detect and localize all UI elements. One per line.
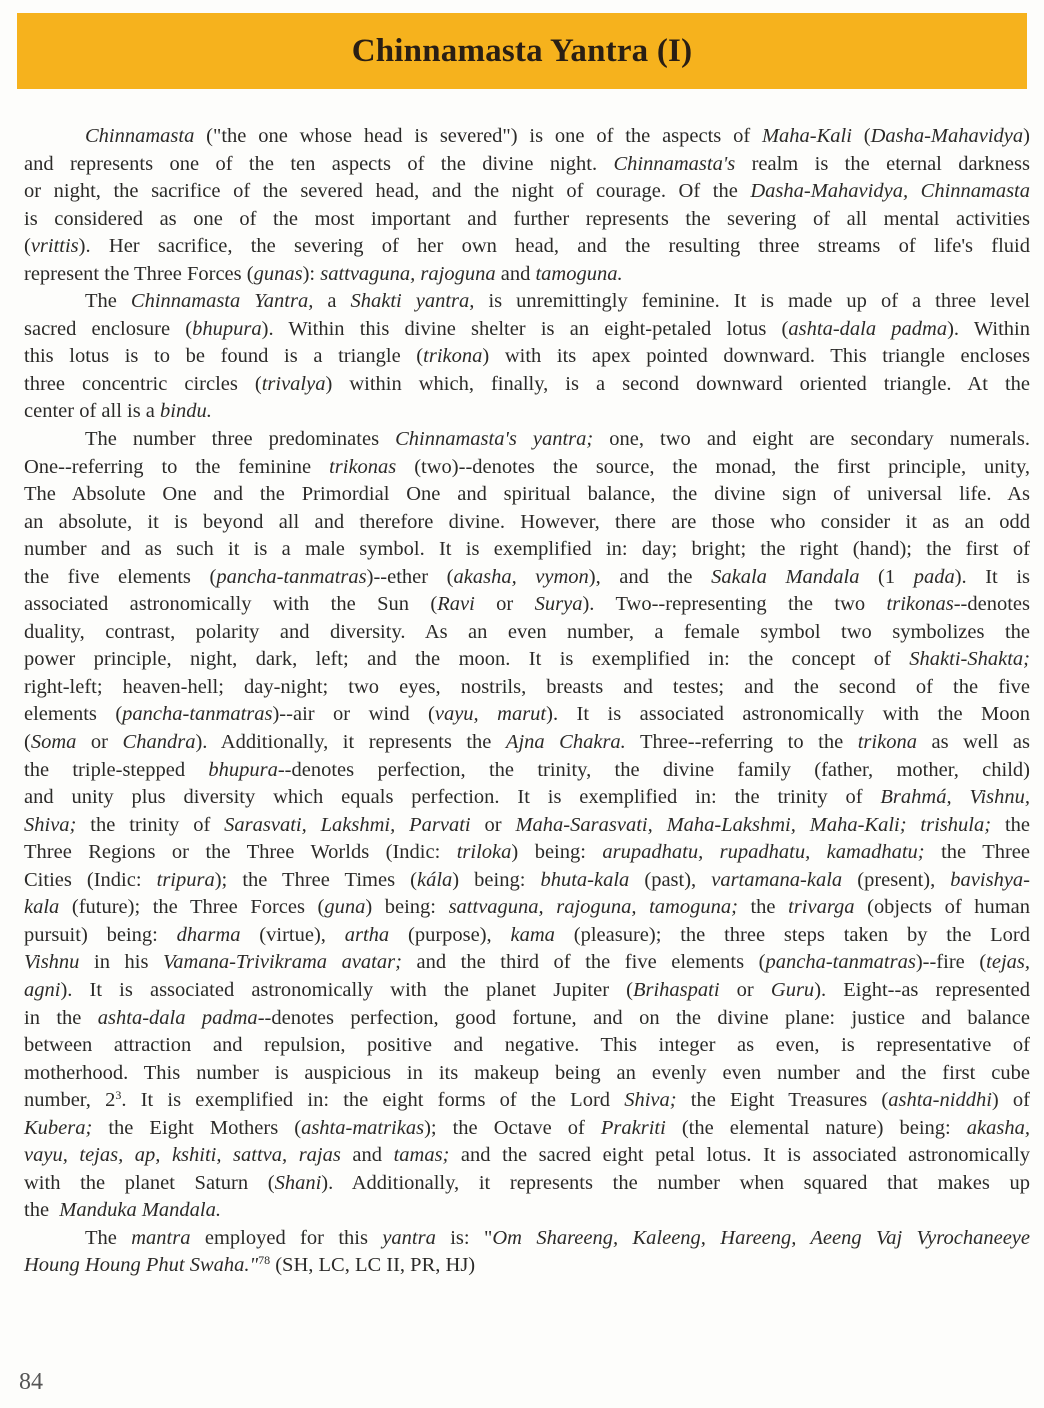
- text-run: the Three: [925, 841, 1030, 863]
- text-line: right-left; heaven-hell; day-night; two …: [24, 674, 1030, 702]
- text-line: The mantra employed for this yantra is: …: [24, 1225, 1030, 1253]
- italic-term: Brihaspati: [633, 979, 720, 1001]
- text-run: )--fire (: [916, 951, 986, 973]
- text-run: ). Within: [947, 318, 1030, 340]
- text-line: Kubera; the Eight Mothers (ashta-matrika…: [24, 1115, 1030, 1143]
- italic-term: ashta-matrikas: [301, 1117, 424, 1139]
- italic-term: Ajna Chakra.: [506, 731, 626, 753]
- text-run: realm is the eternal darkness: [735, 153, 1030, 175]
- text-line: vayu, tejas, ap, kshiti, sattva, rajas a…: [24, 1142, 1030, 1170]
- text-line: associated astronomically with the Sun (…: [24, 591, 1030, 619]
- text-run: and represents one of the ten aspects of…: [24, 153, 613, 175]
- text-line: number, 23. It is exemplified in: the ei…: [24, 1087, 1030, 1115]
- text-line: Cities (Indic: tripura); the Three Times…: [24, 867, 1030, 895]
- italic-term: Dasha-Mahavidya, Chinnamasta: [750, 180, 1030, 202]
- text-run: )--ether (: [367, 566, 454, 588]
- text-line: The Absolute One and the Primordial One …: [24, 481, 1030, 509]
- italic-term: pancha-tanmatras: [766, 951, 916, 973]
- italic-term: Sarasvati, Lakshmi, Parvati: [224, 814, 470, 836]
- text-run: in his: [79, 951, 163, 973]
- text-line: agni). It is associated astronomically w…: [24, 977, 1030, 1005]
- text-run: (SH, LC, LC II, PR, HJ): [270, 1254, 475, 1276]
- text-run: (the elemental nature) being:: [666, 1117, 967, 1139]
- italic-term: Chandra: [123, 731, 196, 753]
- text-line: and represents one of the ten aspects of…: [24, 151, 1030, 179]
- text-line: (Soma or Chandra). Additionally, it repr…: [24, 729, 1030, 757]
- text-line: Chinnamasta ("the one whose head is seve…: [24, 123, 1030, 151]
- italic-term: vrittis: [31, 235, 79, 257]
- text-run: three concentric circles (: [24, 373, 262, 395]
- italic-term: kama: [511, 924, 555, 946]
- text-run: the five elements (: [24, 566, 216, 588]
- text-run: ). It is: [955, 566, 1030, 588]
- text-run: as well as: [917, 731, 1030, 753]
- italic-term: Chinnamasta's: [613, 153, 735, 175]
- text-run: the: [24, 1199, 59, 1221]
- italic-term: tamoguna.: [535, 263, 622, 285]
- italic-term: Maha-Kali: [762, 125, 852, 147]
- italic-term: trikona: [423, 345, 482, 367]
- text-run: (past),: [629, 869, 711, 891]
- text-run: is considered as one of the most importa…: [24, 208, 1030, 230]
- text-run: this lotus is to be found is a triangle …: [24, 345, 423, 367]
- text-run: ); the Octave of: [424, 1117, 601, 1139]
- text-run: center of all is a: [24, 400, 160, 422]
- text-line: between attraction and repulsion, positi…: [24, 1032, 1030, 1060]
- italic-term: kala: [24, 896, 59, 918]
- text-run: and: [496, 263, 536, 285]
- text-run: the triple-stepped: [24, 759, 208, 781]
- italic-term: akasha,: [967, 1117, 1030, 1139]
- italic-term: sattvaguna, rajoguna: [320, 263, 495, 285]
- text-run: ) being:: [365, 896, 448, 918]
- italic-term: pada: [914, 566, 955, 588]
- text-run: one, two and eight are secondary numeral…: [593, 428, 1030, 450]
- text-run: (future); the Three Forces (: [59, 896, 324, 918]
- text-run: (present),: [842, 869, 950, 891]
- text-run: or: [720, 979, 771, 1001]
- text-line: Vishnu in his Vamana-Trivikrama avatar; …: [24, 949, 1030, 977]
- text-run: ) of: [992, 1089, 1030, 1111]
- italic-term: Sakala Mandala: [711, 566, 859, 588]
- italic-term: Maha-Sarasvati, Maha-Lakshmi, Maha-Kali;…: [515, 814, 991, 836]
- page-number: 84: [19, 1369, 43, 1396]
- italic-term: gunas: [254, 263, 303, 285]
- text-run: ). It is associated astronomically with …: [546, 703, 1030, 725]
- text-line: sacred enclosure (bhupura). Within this …: [24, 316, 1030, 344]
- text-run: --denotes: [954, 593, 1030, 615]
- paragraph: The Chinnamasta Yantra, a Shakti yantra,…: [24, 288, 1030, 426]
- text-line: or night, the sacrifice of the severed h…: [24, 178, 1030, 206]
- italic-term: tejas,: [986, 951, 1030, 973]
- italic-term: dharma: [177, 924, 241, 946]
- text-run: employed for this: [190, 1227, 382, 1249]
- text-run: number, 2: [24, 1089, 115, 1111]
- italic-term: Vamana-Trivikrama avatar;: [163, 951, 402, 973]
- text-run: associated astronomically with the Sun (: [24, 593, 437, 615]
- body-text: Chinnamasta ("the one whose head is seve…: [24, 123, 1030, 1280]
- text-run: ). Additionally, it represents the: [195, 731, 505, 753]
- italic-term: Soma: [31, 731, 77, 753]
- text-run: (pleasure); the three steps taken by the…: [555, 924, 1030, 946]
- text-run: ). It is associated astronomically with …: [60, 979, 633, 1001]
- italic-term: Om Shareeng, Kaleeng, Hareeng, Aeeng Vaj…: [492, 1227, 1030, 1249]
- italic-term: Guru: [771, 979, 814, 1001]
- text-line: center of all is a bindu.: [24, 398, 1030, 426]
- text-run: (: [24, 731, 31, 753]
- italic-term: Ravi: [437, 593, 475, 615]
- italic-term: Prakriti: [601, 1117, 666, 1139]
- text-run: Cities (Indic:: [24, 869, 157, 891]
- italic-term: Chinnamasta's yantra;: [395, 428, 593, 450]
- text-run: The: [85, 290, 131, 312]
- italic-term: yantra: [382, 1227, 436, 1249]
- text-line: kala (future); the Three Forces (guna) b…: [24, 894, 1030, 922]
- text-line: (vrittis). Her sacrifice, the severing o…: [24, 233, 1030, 261]
- text-run: One--referring to the feminine: [24, 456, 329, 478]
- italic-term: bhupura: [192, 318, 261, 340]
- italic-term: trivalya: [262, 373, 326, 395]
- text-run: (virtue),: [240, 924, 344, 946]
- italic-term: pancha-tanmatras: [216, 566, 366, 588]
- text-line: elements (pancha-tanmatras)--air or wind…: [24, 701, 1030, 729]
- italic-term: Chinnamasta Yantra,: [131, 290, 313, 312]
- italic-term: vayu, marut: [435, 703, 546, 725]
- text-run: The: [85, 1227, 131, 1249]
- text-line: Shiva; the trinity of Sarasvati, Lakshmi…: [24, 812, 1030, 840]
- text-line: three concentric circles (trivalya) with…: [24, 371, 1030, 399]
- text-run: duality, contrast, polarity and diversit…: [24, 621, 1030, 643]
- text-run: elements (: [24, 703, 122, 725]
- italic-term: bavishya-: [950, 869, 1030, 891]
- text-run: an absolute, it is beyond all and theref…: [24, 511, 1030, 533]
- italic-term: Kubera;: [24, 1117, 92, 1139]
- text-run: and the sacred eight petal lotus. It is …: [449, 1144, 1030, 1166]
- italic-term: ashta-niddhi: [888, 1089, 992, 1111]
- text-run: right-left; heaven-hell; day-night; two …: [24, 676, 1030, 698]
- text-line: the triple-stepped bhupura--denotes perf…: [24, 757, 1030, 785]
- italic-term: agni: [24, 979, 60, 1001]
- text-run: --denotes perfection, the trinity, the d…: [278, 759, 1030, 781]
- text-run: ). Her sacrifice, the severing of her ow…: [79, 235, 1030, 257]
- text-run: ). Two--representing the two: [582, 593, 886, 615]
- text-run: The number three predominates: [85, 428, 395, 450]
- text-line: power principle, night, dark, left; and …: [24, 646, 1030, 674]
- italic-term: Shiva;: [24, 814, 76, 836]
- text-run: ) within which, finally, is a second dow…: [325, 373, 1030, 395]
- text-run: ) being:: [511, 841, 602, 863]
- text-line: with the planet Saturn (Shani). Addition…: [24, 1170, 1030, 1198]
- text-run: and the third of the five elements (: [402, 951, 766, 973]
- text-run: number and as such it is a male symbol. …: [24, 538, 1030, 560]
- text-run: or: [76, 731, 122, 753]
- text-run: ), and the: [589, 566, 711, 588]
- italic-term: Shakti yantra,: [351, 290, 475, 312]
- text-line: is considered as one of the most importa…: [24, 206, 1030, 234]
- text-line: this lotus is to be found is a triangle …: [24, 343, 1030, 371]
- text-run: ). Eight--as represented: [814, 979, 1030, 1001]
- text-run: with the planet Saturn (: [24, 1172, 275, 1194]
- italic-term: mantra: [131, 1227, 190, 1249]
- text-line: represent the Three Forces (gunas): satt…: [24, 261, 1030, 289]
- text-run: (objects of human: [855, 896, 1030, 918]
- italic-term: trikonas: [887, 593, 954, 615]
- text-run: ) with its apex pointed downward. This t…: [482, 345, 1030, 367]
- italic-term: bhupura: [208, 759, 277, 781]
- text-line: The Chinnamasta Yantra, a Shakti yantra,…: [24, 288, 1030, 316]
- text-line: Houng Houng Phut Swaha."78 (SH, LC, LC I…: [24, 1252, 1030, 1280]
- text-line: pursuit) being: dharma (virtue), artha (…: [24, 922, 1030, 950]
- text-run: ); the Three Times (: [215, 869, 417, 891]
- text-run: pursuit) being:: [24, 924, 177, 946]
- text-run: in the: [24, 1007, 98, 1029]
- text-line: in the ashta-dala padma--denotes perfect…: [24, 1005, 1030, 1033]
- italic-term: sattvaguna, rajoguna, tamoguna;: [449, 896, 738, 918]
- text-line: an absolute, it is beyond all and theref…: [24, 509, 1030, 537]
- italic-term: Shani: [275, 1172, 322, 1194]
- text-run: the Eight Treasures (: [677, 1089, 889, 1111]
- text-run: ). Additionally, it represents the numbe…: [321, 1172, 1030, 1194]
- text-run: represent the Three Forces (: [24, 263, 254, 285]
- text-line: duality, contrast, polarity and diversit…: [24, 619, 1030, 647]
- text-run: is: ": [436, 1227, 492, 1249]
- paragraph: The mantra employed for this yantra is: …: [24, 1225, 1030, 1280]
- italic-term: tripura: [157, 869, 215, 891]
- text-run: (: [24, 235, 31, 257]
- text-run: or night, the sacrifice of the severed h…: [24, 180, 750, 202]
- superscript: 78: [258, 1253, 270, 1267]
- italic-term: Houng Houng Phut Swaha.": [24, 1254, 258, 1276]
- text-line: and unity plus diversity which equals pe…: [24, 784, 1030, 812]
- italic-term: bindu.: [160, 400, 212, 422]
- text-run: ) being:: [452, 869, 540, 891]
- text-run: (1: [859, 566, 913, 588]
- italic-term: akasha, vymon: [454, 566, 589, 588]
- italic-term: vayu, tejas, ap, kshiti, sattva, rajas: [24, 1144, 341, 1166]
- text-run: between attraction and repulsion, positi…: [24, 1034, 1030, 1056]
- text-run: the Eight Mothers (: [92, 1117, 301, 1139]
- paragraph: The number three predominates Chinnamast…: [24, 426, 1030, 1225]
- italic-term: Shakti-Shakta;: [909, 648, 1030, 670]
- text-run: (: [852, 125, 871, 147]
- text-run: ("the one whose head is severed") is one…: [194, 125, 762, 147]
- italic-term: trivarga: [788, 896, 854, 918]
- italic-term: ashta-dala padma: [98, 1007, 258, 1029]
- italic-term: Surya: [535, 593, 583, 615]
- chapter-title: Chinnamasta Yantra (I): [352, 33, 693, 70]
- text-run: power principle, night, dark, left; and …: [24, 648, 909, 670]
- text-line: The number three predominates Chinnamast…: [24, 426, 1030, 454]
- italic-term: kála: [417, 869, 452, 891]
- chapter-title-banner: Chinnamasta Yantra (I): [17, 13, 1027, 89]
- text-run: Three--referring to the: [626, 731, 858, 753]
- text-run: the trinity of: [76, 814, 224, 836]
- italic-term: Brahmá, Vishnu,: [880, 786, 1030, 808]
- text-run: and: [341, 1144, 394, 1166]
- text-run: The Absolute One and the Primordial One …: [24, 483, 1030, 505]
- text-run: is unremittingly feminine. It is made up…: [474, 290, 1030, 312]
- italic-term: trikonas: [329, 456, 396, 478]
- text-run: Three Regions or the Three Worlds (Indic…: [24, 841, 457, 863]
- text-line: number and as such it is a male symbol. …: [24, 536, 1030, 564]
- text-line: Three Regions or the Three Worlds (Indic…: [24, 839, 1030, 867]
- paragraph: Chinnamasta ("the one whose head is seve…: [24, 123, 1030, 288]
- text-run: ): [1023, 125, 1030, 147]
- italic-term: trikona: [858, 731, 917, 753]
- text-run: ). Within this divine shelter is an eigh…: [262, 318, 789, 340]
- italic-term: triloka: [457, 841, 512, 863]
- text-line: the Manduka Mandala.: [24, 1197, 1030, 1225]
- italic-term: ashta-dala padma: [788, 318, 947, 340]
- italic-term: pancha-tanmatras: [122, 703, 272, 725]
- text-run: and unity plus diversity which equals pe…: [24, 786, 880, 808]
- text-run: --denotes perfection, good fortune, and …: [258, 1007, 1030, 1029]
- text-run: )--air or wind (: [272, 703, 434, 725]
- text-line: the five elements (pancha-tanmatras)--et…: [24, 564, 1030, 592]
- text-run: ):: [303, 263, 321, 285]
- italic-term: guna: [324, 896, 365, 918]
- text-run: the: [991, 814, 1030, 836]
- text-run: motherhood. This number is auspicious in…: [24, 1062, 1030, 1084]
- text-run: the: [738, 896, 788, 918]
- text-line: One--referring to the feminine trikonas …: [24, 454, 1030, 482]
- text-run: (purpose),: [389, 924, 510, 946]
- italic-term: bhuta-kala: [540, 869, 629, 891]
- italic-term: Dasha-Mahavidya: [871, 125, 1024, 147]
- italic-term: Shiva;: [624, 1089, 676, 1111]
- italic-term: Chinnamasta: [85, 125, 194, 147]
- italic-term: arupadhatu, rupadhatu, kamadhatu;: [602, 841, 924, 863]
- text-run: or: [475, 593, 535, 615]
- italic-term: Vishnu: [24, 951, 79, 973]
- text-line: motherhood. This number is auspicious in…: [24, 1060, 1030, 1088]
- italic-term: tamas;: [394, 1144, 450, 1166]
- italic-term: Manduka Mandala.: [59, 1199, 221, 1221]
- italic-term: artha: [345, 924, 389, 946]
- text-run: a: [313, 290, 350, 312]
- text-run: sacred enclosure (: [24, 318, 192, 340]
- text-run: or: [471, 814, 516, 836]
- italic-term: vartamana-kala: [711, 869, 842, 891]
- text-run: . It is exemplified in: the eight forms …: [121, 1089, 624, 1111]
- text-run: (two)--denotes the source, the monad, th…: [396, 456, 1030, 478]
